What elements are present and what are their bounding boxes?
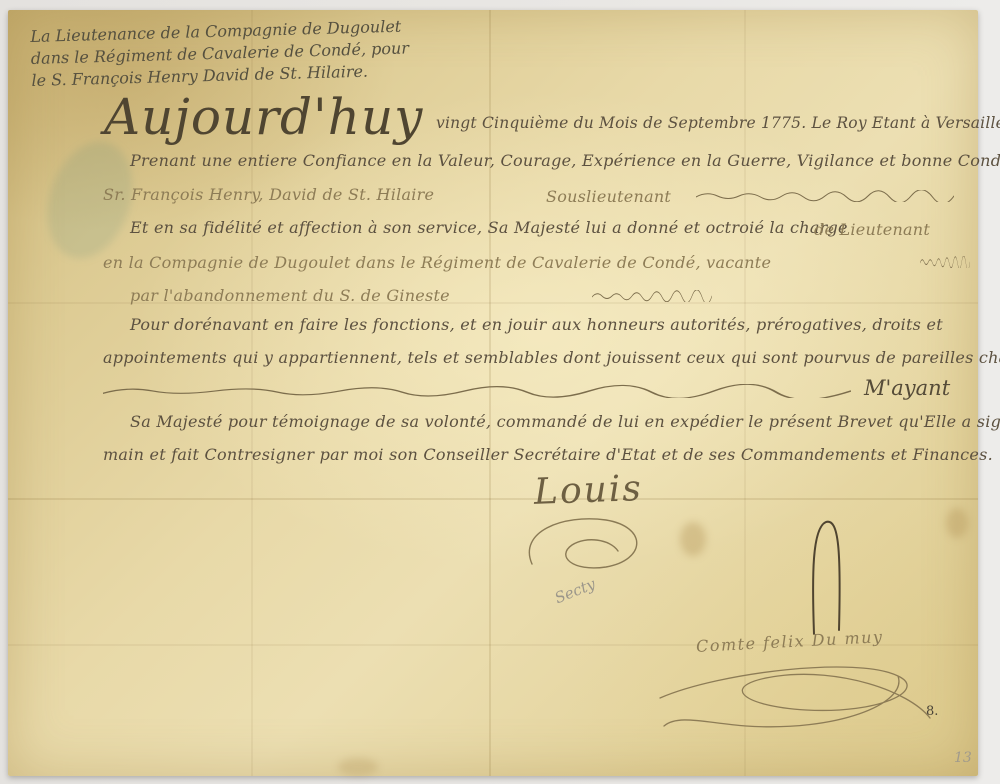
inventory-number: 8.	[926, 704, 938, 719]
corner-pencil-number: 13	[954, 750, 972, 766]
ink-squiggle-filler	[592, 290, 712, 302]
grantee-name: Sr. François Henry, David de St. Hilaire	[103, 185, 434, 204]
functions-line: Pour dorénavant en faire les fonctions, …	[130, 315, 943, 334]
ink-squiggle-filler	[696, 190, 954, 202]
ink-stain	[338, 758, 378, 776]
grantee-rank: Souslieutenant	[546, 187, 671, 206]
royal-signature: Louis	[533, 468, 643, 513]
parchment-document: La Lieutenance de la Compagnie de Dugoul…	[8, 10, 978, 776]
grant-line-main: Et en sa fidélité et affection à son ser…	[130, 218, 848, 237]
docket-annotation: La Lieutenance de la Compagnie de Dugoul…	[30, 15, 410, 92]
vacancy-line: par l'abandonnement du S. de Gineste	[130, 286, 450, 305]
ink-stain	[946, 508, 968, 538]
countersign-line: main et fait Contresigner par moi son Co…	[103, 445, 993, 464]
witness-line: Sa Majesté pour témoignage de sa volonté…	[130, 412, 1000, 431]
company-line: en la Compagnie de Dugoulet dans le Régi…	[103, 253, 771, 272]
ink-stain	[680, 522, 706, 556]
body-confidence-line: Prenant une entiere Confiance en la Vale…	[130, 151, 1000, 170]
mayant-word: M'ayant	[864, 376, 950, 400]
pencil-note-secty: Secty	[552, 575, 598, 607]
appointments-line: appointements qui y appartiennent, tels …	[103, 348, 1000, 367]
ink-squiggle-filler	[920, 256, 970, 268]
tall-hairpin-ink-mark	[806, 512, 846, 640]
ink-squiggle-separator	[103, 384, 851, 398]
secretary-signature: Comte felix Du muy	[696, 627, 884, 656]
secretary-signature-paraph	[654, 652, 944, 732]
grant-line-fill: de Lieutenant	[814, 220, 930, 239]
opening-word: Aujourd'huy	[104, 88, 423, 146]
fold-crease-horizontal-center	[8, 498, 978, 500]
date-clause: vingt Cinquième du Mois de Septembre 177…	[436, 114, 1000, 132]
photo-backdrop: La Lieutenance de la Compagnie de Dugoul…	[0, 0, 1000, 784]
